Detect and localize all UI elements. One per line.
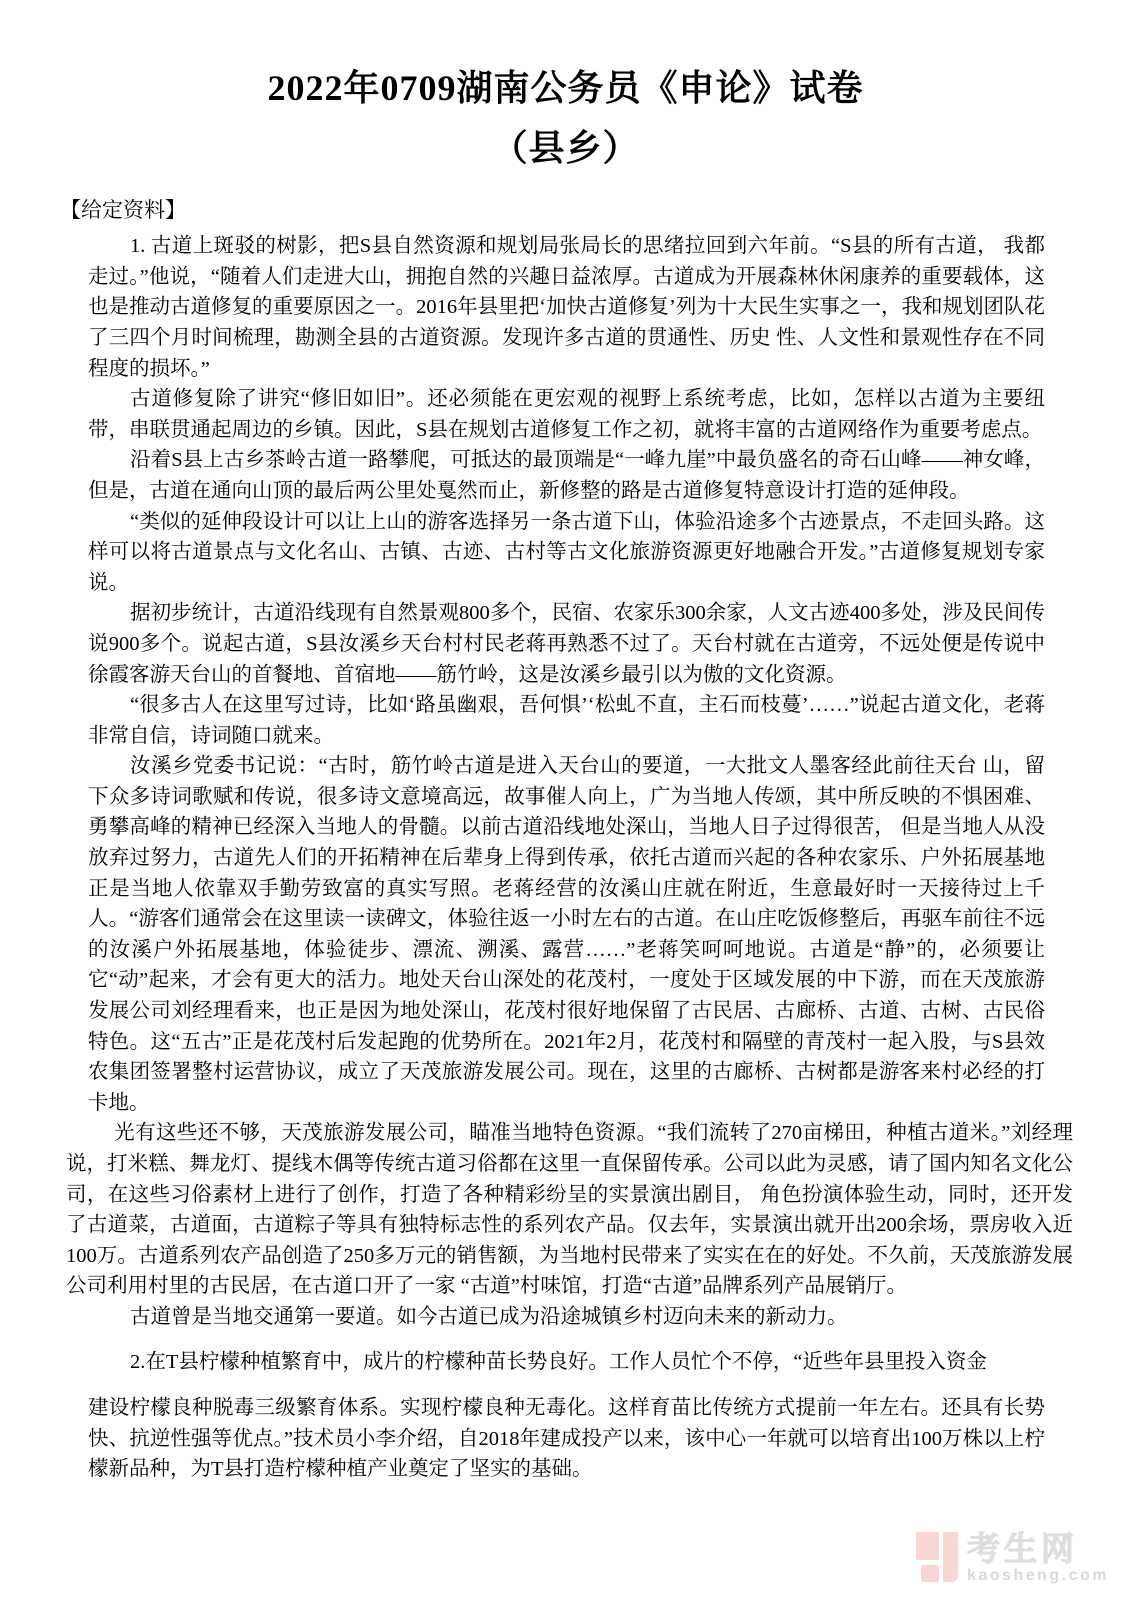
section-heading-given-materials: 【给定资料】 (60, 198, 1073, 223)
paragraph-8: 光有这些还不够，天茂旅游发展公司，瞄准当地特色资源。“我们流转了270亩梯田，种… (66, 1118, 1073, 1302)
paragraph-2: 古道修复除了讲究“修旧如旧”。还必须能在更宏观的视野上系统考虑，比如，怎样以古道… (88, 384, 1045, 445)
kaosheng-logo-icon (916, 1532, 958, 1582)
paragraph-5: 据初步统计，古道沿线现有自然景观800多个，民宿、农家乐300余家，人文古迹40… (88, 598, 1045, 690)
document-title: 2022年0709湖南公务员《申论》试卷 (58, 70, 1073, 106)
paragraph-3: 沿着S县上古乡茶岭古道一路攀爬，可抵达的最顶端是“一峰九崖”中最负盛名的奇石山峰… (88, 445, 1045, 506)
paragraph-9: 古道曾是当地交通第一要道。如今古道已成为沿途城镇乡村迈向未来的新动力。 (88, 1302, 1045, 1333)
paragraph-4: “类似的延伸段设计可以让上山的游客选择另一条古道下山，体验沿途多个古迹景点，不走… (88, 507, 1045, 599)
paragraph-1: 1. 古道上斑驳的树影，把S县自然资源和规划局张局长的思绪拉回到六年前。“S县的… (88, 231, 1045, 384)
paragraph-10: 2.在T县柠檬种植繁育中，成片的柠檬种苗长势良好。工作人员忙个不停，“近些年县里… (88, 1347, 1045, 1378)
logo-block-top-left (916, 1532, 939, 1560)
exam-document-page: 2022年0709湖南公务员《申论》试卷 （县乡） 【给定资料】 1. 古道上斑… (0, 0, 1131, 1600)
watermark-brand-chinese: 考生网 (967, 1532, 1109, 1565)
kaosheng-watermark: 考生网 kaosheng.com (916, 1532, 1109, 1584)
logo-block-bottom-left (921, 1565, 939, 1582)
logo-block-right-bar (943, 1532, 958, 1582)
watermark-brand-domain: kaosheng.com (967, 1568, 1109, 1584)
watermark-text-group: 考生网 kaosheng.com (967, 1532, 1109, 1584)
document-subtitle: （县乡） (58, 130, 1073, 166)
paragraph-11: 建设柠檬良种脱毒三级繁育体系。实现柠檬良种无毒化。这样育苗比传统方式提前一年左右… (88, 1393, 1045, 1485)
paragraph-6: “很多古人在这里写过诗，比如‘路虽幽艰，吾何惧’‘松虬不直，主石而枝蔓’……”说… (88, 690, 1045, 751)
paragraph-7: 汝溪乡党委书记说：“古时，筋竹岭古道是进入天台山的要道，一大批文人墨客经此前往天… (88, 751, 1045, 1118)
